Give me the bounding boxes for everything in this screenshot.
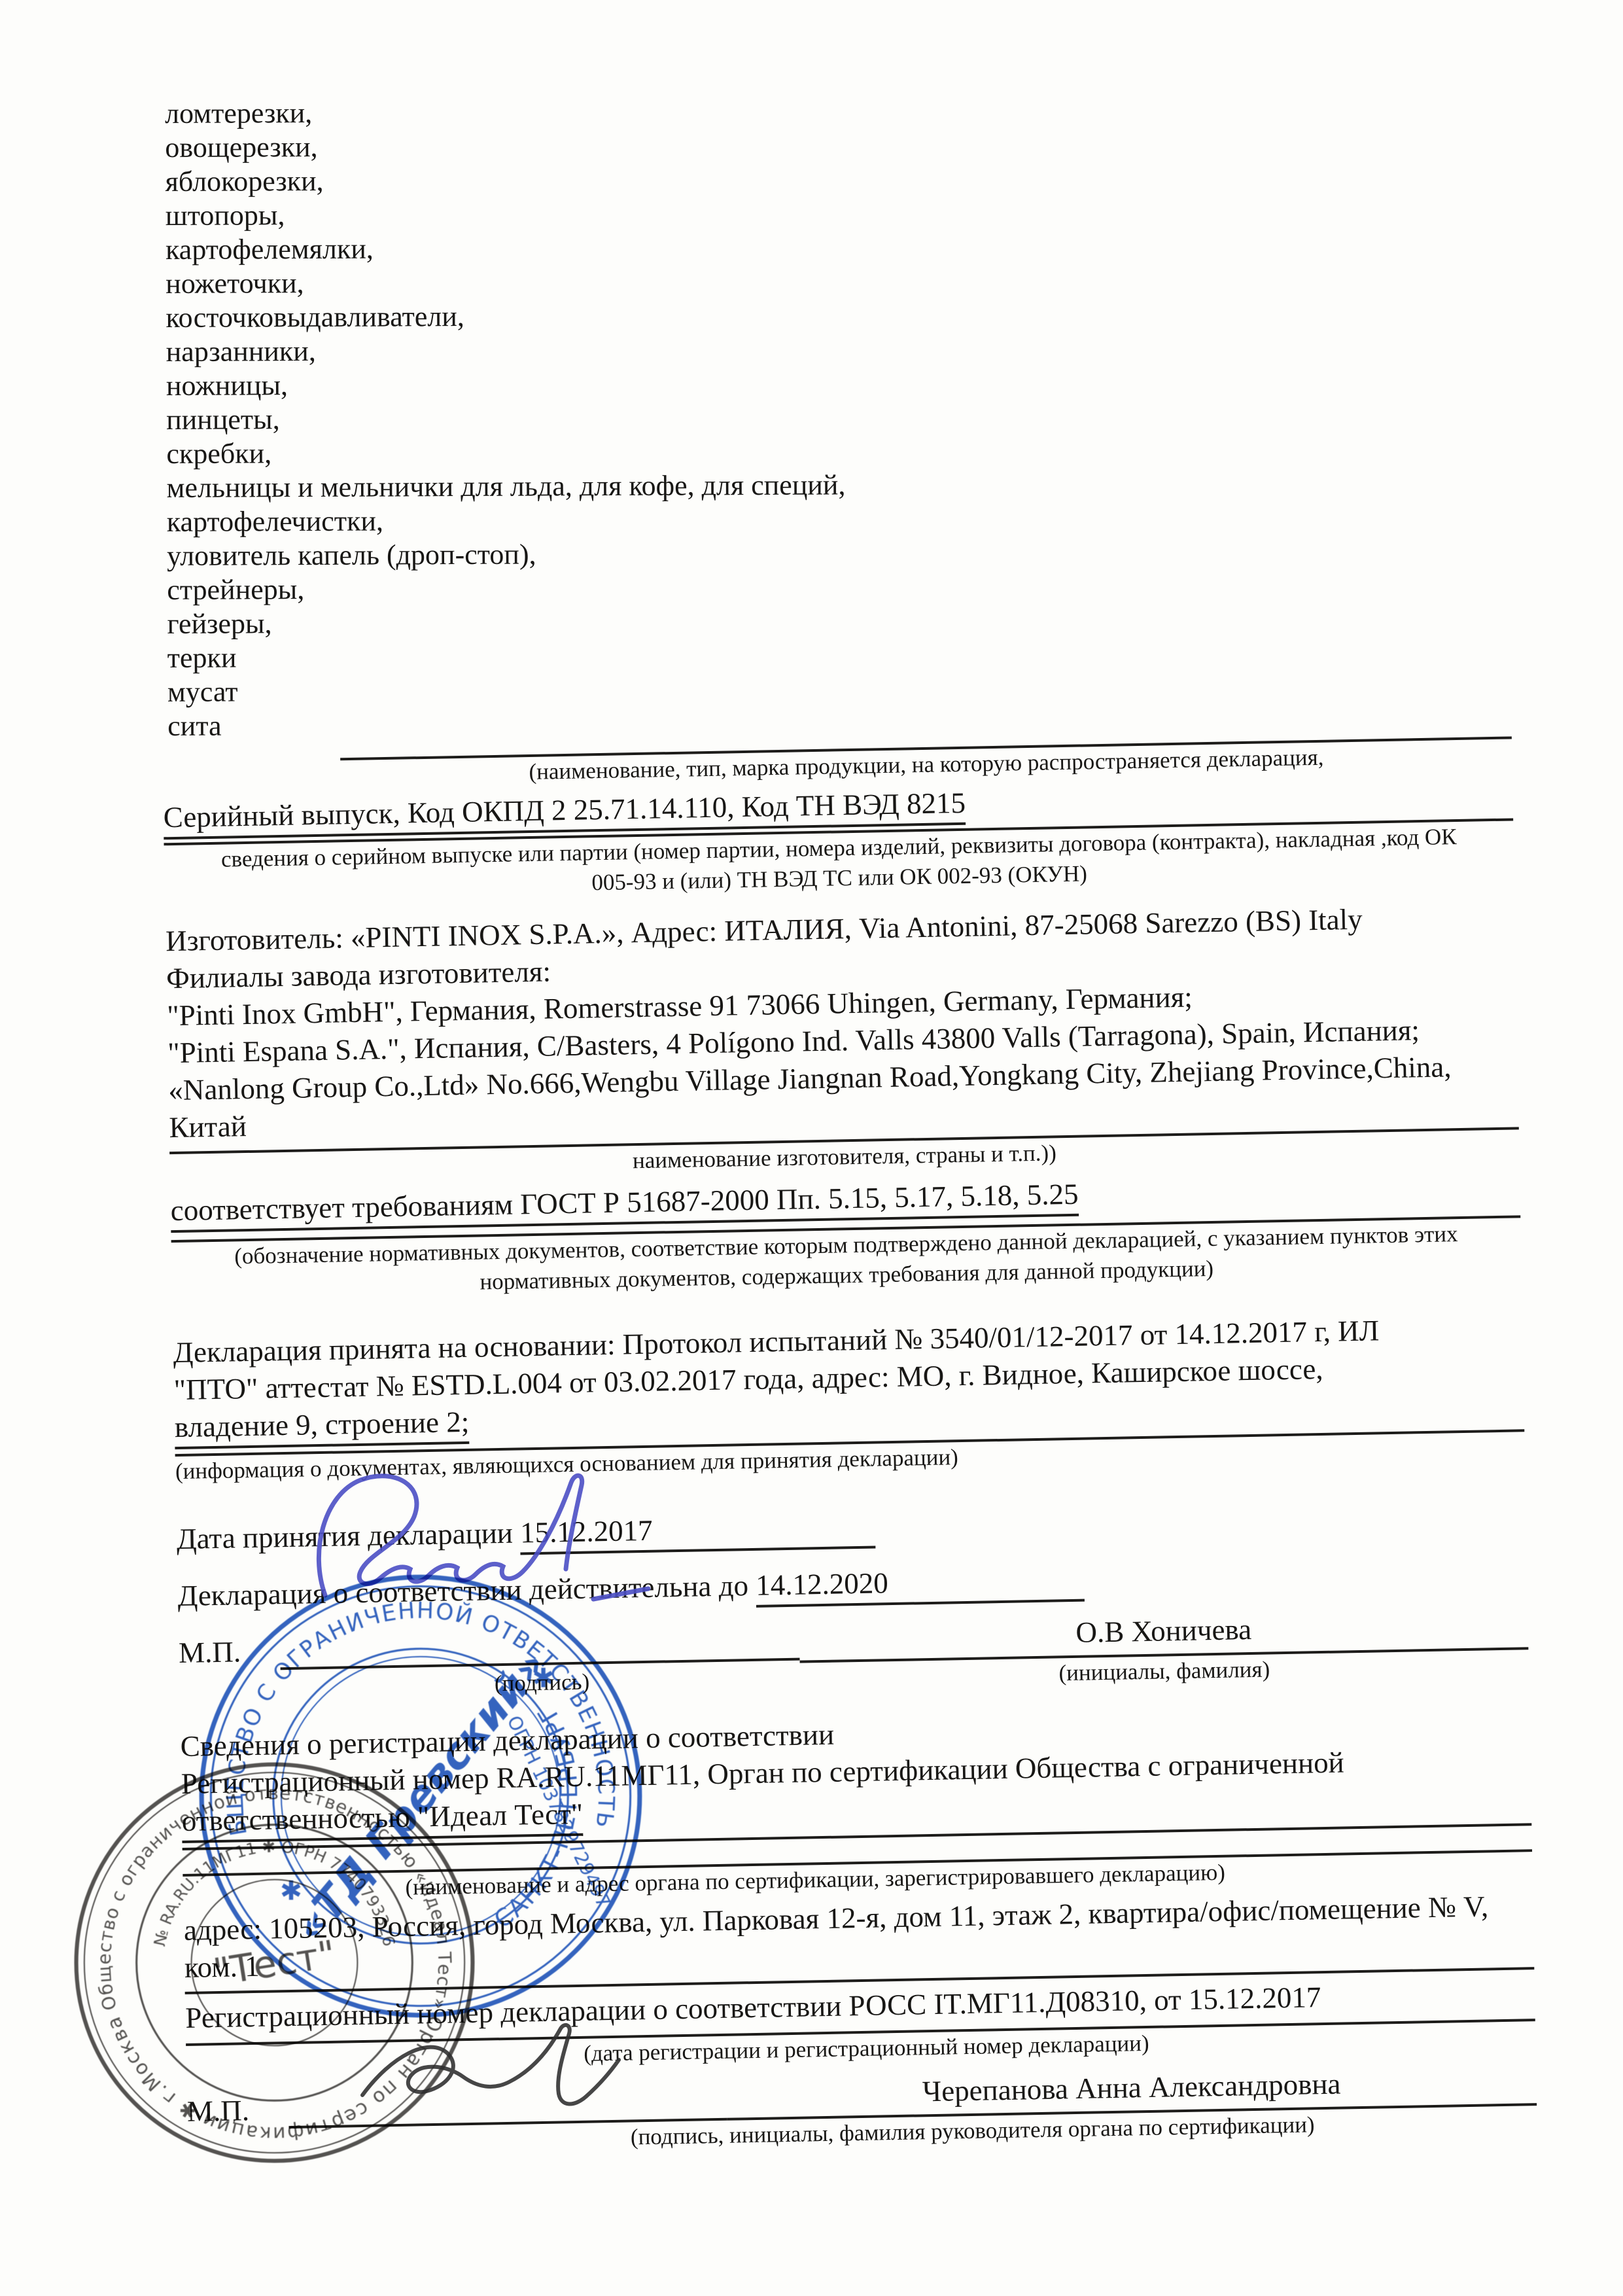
document-body: (наименование, тип, марка продукции, на … <box>0 734 1623 2163</box>
product-item: мусат <box>167 669 1623 709</box>
basis-text: владение 9, строение 2; <box>174 1405 469 1449</box>
product-item: сита <box>167 703 1623 743</box>
acceptance-date-value: 15.12.2017 <box>520 1510 875 1555</box>
product-item: стрейнеры, <box>167 567 1623 607</box>
head-name-column: О.В Хоничева (инициалы, фамилия) <box>799 1606 1529 1693</box>
product-item: уловитель капель (дроп-стоп), <box>167 533 1623 573</box>
gost-text: соответствует требованиям ГОСТ Р 51687-2… <box>170 1178 1079 1233</box>
acceptance-date-label: Дата принятия декларации <box>177 1516 521 1555</box>
caption-head: (инициалы, фамилия) <box>800 1650 1529 1693</box>
mp-label: М.П. <box>179 1633 241 1672</box>
signature-row: М.П. (подпись) О.В Хоничева (инициалы, ф… <box>179 1606 1529 1704</box>
registration-org: ответственностью "Идеал Тест" <box>181 1797 583 1843</box>
basis-block: Декларация принята на основании: Протоко… <box>173 1309 1524 1446</box>
stamp-signature-column: М.П. (подпись) <box>179 1623 801 1704</box>
valid-until-label: Декларация о соответствии действительна … <box>177 1569 756 1612</box>
signature-line <box>280 1624 800 1670</box>
valid-until-line: Декларация о соответствии действительна … <box>177 1553 1527 1615</box>
product-item: терки <box>167 635 1623 675</box>
declaration-document: ломтерезки, овощерезки, яблокорезки, што… <box>0 0 1623 2296</box>
product-item: гейзеры, <box>167 601 1623 641</box>
mp-label: М.П. <box>186 2092 249 2130</box>
manufacturer-block: Изготовитель: «PINTI INOX S.P.A.», Адрес… <box>166 898 1519 1146</box>
product-list: ломтерезки, овощерезки, яблокорезки, што… <box>165 90 1623 743</box>
caption-sign: (подпись) <box>284 1663 801 1703</box>
valid-until-value: 14.12.2020 <box>756 1563 1085 1608</box>
acceptance-date-line: Дата принятия декларации 15.12.2017 <box>176 1496 1526 1558</box>
